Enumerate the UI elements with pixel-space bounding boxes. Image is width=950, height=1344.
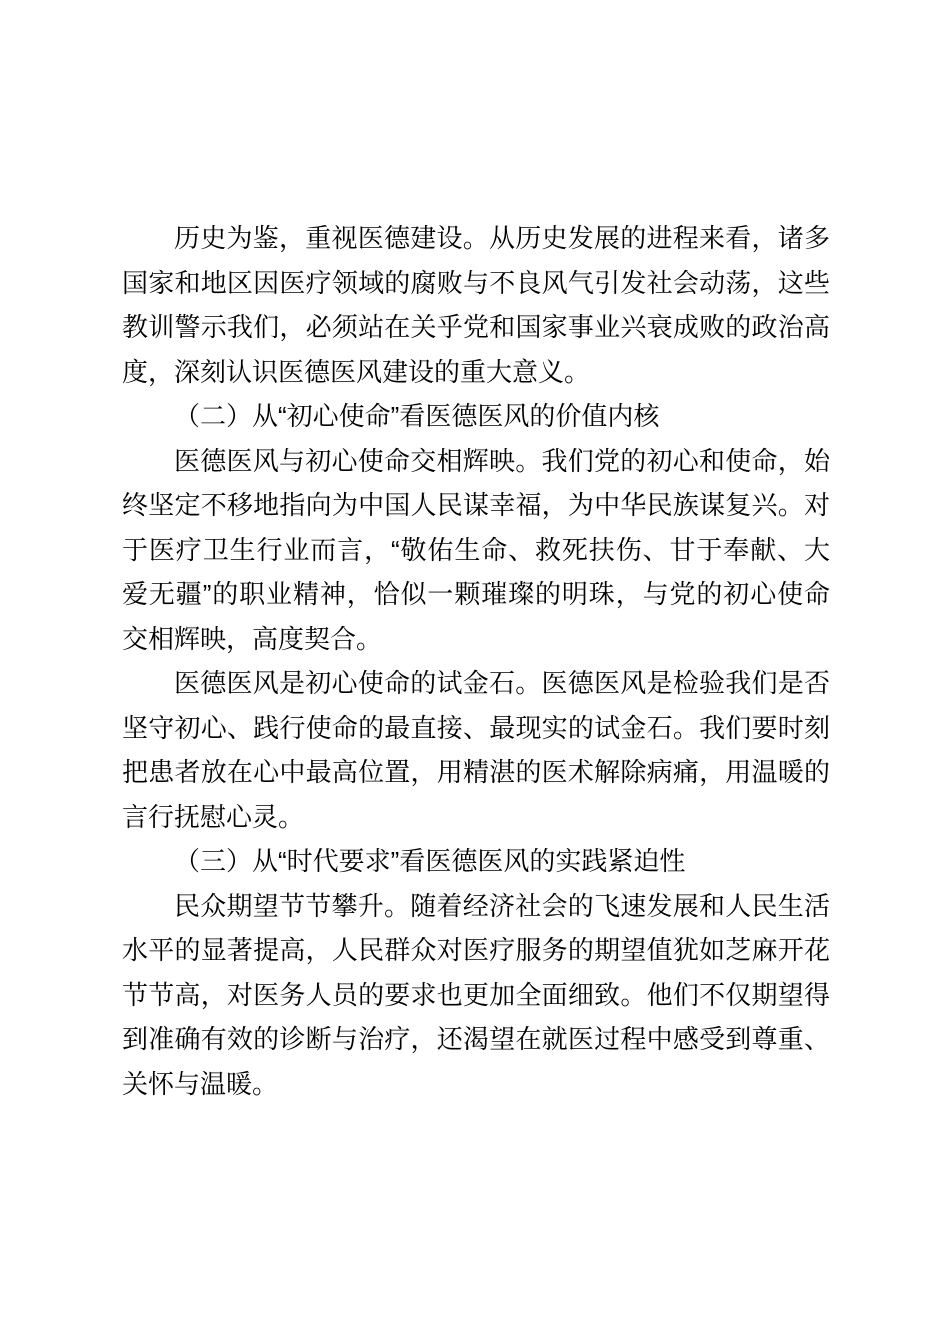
document-page: 历史为鉴，重视医德建设。从历史发展的进程来看，诸多国家和地区因医疗领域的腐败与不…: [0, 0, 950, 1344]
section-heading-three: （三）从“时代要求”看医德医风的实践紧迫性: [122, 839, 830, 884]
document-body: 历史为鉴，重视医德建设。从历史发展的进程来看，诸多国家和地区因医疗领域的腐败与不…: [122, 216, 830, 1106]
section-heading-two: （二）从“初心使命”看医德医风的价值内核: [122, 394, 830, 439]
paragraph-touchstone: 医德医风是初心使命的试金石。医德医风是检验我们是否坚守初心、践行使命的最直接、最…: [122, 661, 830, 839]
paragraph-public-expectation: 民众期望节节攀升。随着经济社会的飞速发展和人民生活水平的显著提高，人民群众对医疗…: [122, 884, 830, 1107]
paragraph-original-aspiration: 医德医风与初心使命交相辉映。我们党的初心和使命，始终坚定不移地指向为中国人民谋幸…: [122, 439, 830, 662]
paragraph-history-lesson: 历史为鉴，重视医德建设。从历史发展的进程来看，诸多国家和地区因医疗领域的腐败与不…: [122, 216, 830, 394]
